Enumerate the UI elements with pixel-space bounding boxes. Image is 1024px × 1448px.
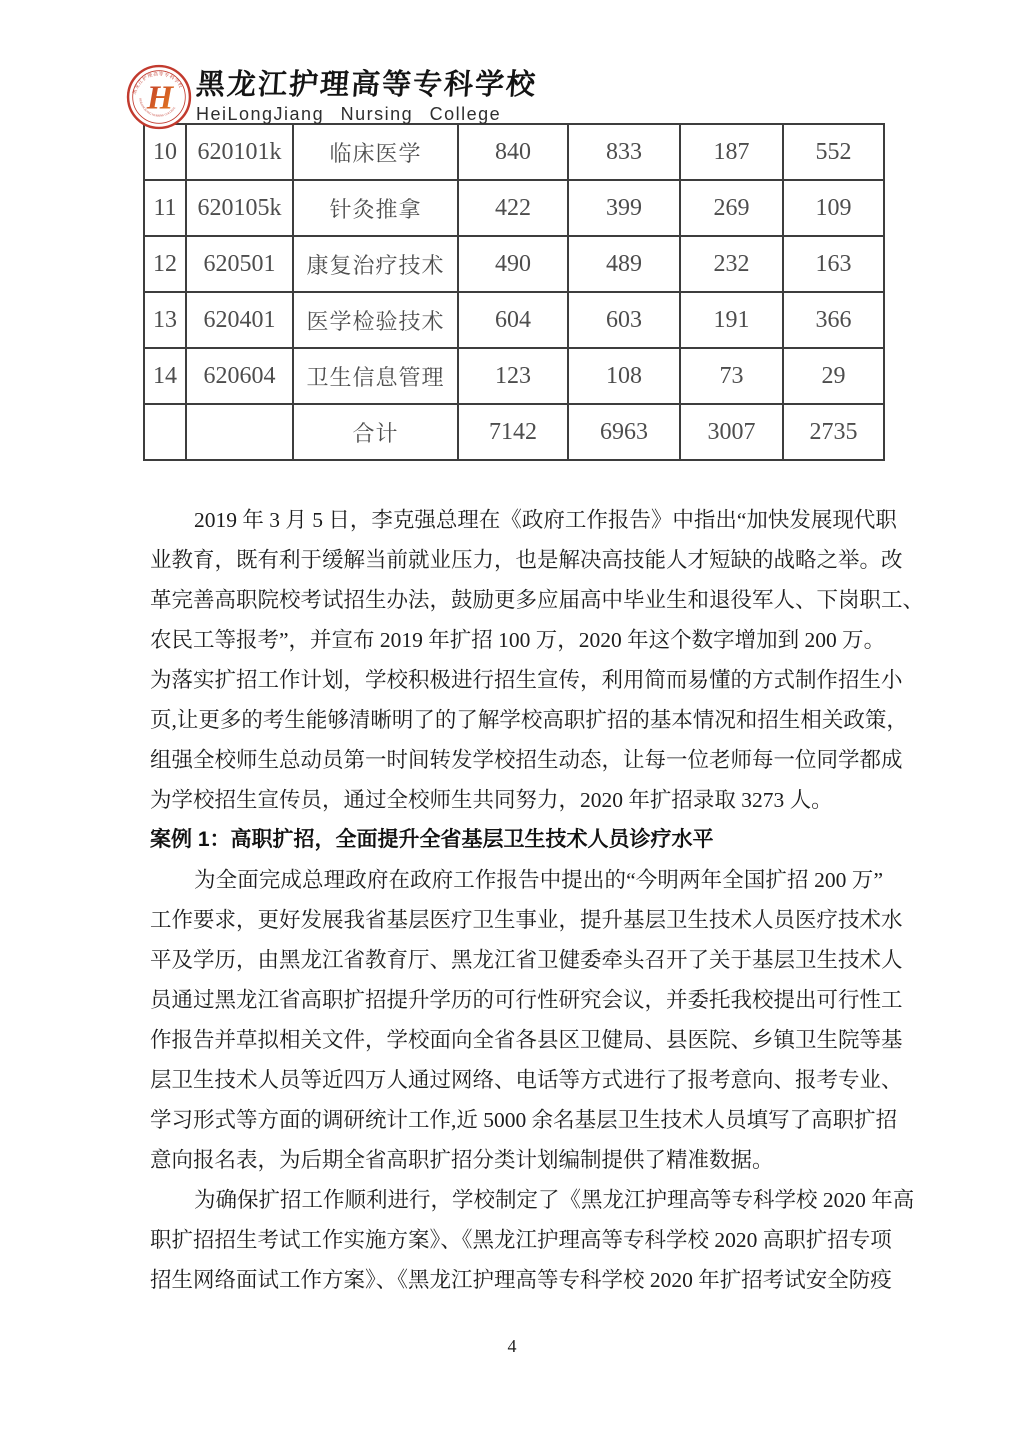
table-cell: 卫生信息管理 — [293, 348, 458, 404]
table-cell: 620105k — [186, 180, 293, 236]
table-cell: 6963 — [568, 404, 680, 460]
table-cell: 合计 — [293, 404, 458, 460]
table-cell: 422 — [458, 180, 568, 236]
body-text-line: 意向报名表，为后期全省高职扩招分类计划编制提供了精准数据。 — [150, 1140, 883, 1180]
table-cell: 13 — [144, 292, 186, 348]
table-row: 合计7142696330072735 — [144, 404, 884, 460]
table-cell: 489 — [568, 236, 680, 292]
table-cell: 269 — [680, 180, 783, 236]
table-cell: 840 — [458, 124, 568, 180]
table-cell: 109 — [783, 180, 884, 236]
table-row: 12620501康复治疗技术490489232163 — [144, 236, 884, 292]
table-cell: 399 — [568, 180, 680, 236]
enrollment-table: 10620101k临床医学84083318755211620105k针灸推拿42… — [143, 123, 885, 461]
table-cell: 490 — [458, 236, 568, 292]
table-cell: 7142 — [458, 404, 568, 460]
body-text-line: 为学校招生宣传员，通过全校师生共同努力，2020 年扩招录取 3273 人。 — [150, 780, 883, 820]
page-number: 4 — [0, 1336, 1024, 1357]
body-text-line: 2019 年 3 月 5 日，李克强总理在《政府工作报告》中指出“加快发展现代职 — [150, 500, 883, 540]
table-cell: 14 — [144, 348, 186, 404]
body-text-line: 为落实扩招工作计划，学校积极进行招生宣传，利用简而易懂的方式制作招生小 — [150, 660, 883, 700]
table-cell: 针灸推拿 — [293, 180, 458, 236]
body-text: 2019 年 3 月 5 日，李克强总理在《政府工作报告》中指出“加快发展现代职… — [150, 500, 883, 1300]
body-text-line: 作报告并草拟相关文件，学校面向全省各县区卫健局、县医院、乡镇卫生院等基 — [150, 1020, 883, 1060]
table-cell: 123 — [458, 348, 568, 404]
table-cell — [144, 404, 186, 460]
table-cell — [186, 404, 293, 460]
school-seal-logo: 黑龙江护理高等专科学校 HEILONGJIANG NURSING COLLEGE… — [126, 64, 192, 130]
table-cell: 603 — [568, 292, 680, 348]
table-cell: 620101k — [186, 124, 293, 180]
table-cell: 11 — [144, 180, 186, 236]
table-cell: 12 — [144, 236, 186, 292]
body-text-line: 员通过黑龙江省高职扩招提升学历的可行性研究会议，并委托我校提出可行性工 — [150, 980, 883, 1020]
table-cell: 366 — [783, 292, 884, 348]
table-row: 14620604卫生信息管理1231087329 — [144, 348, 884, 404]
body-text-line: 革完善高职院校考试招生办法，鼓励更多应届高中毕业生和退役军人、下岗职工、 — [150, 580, 883, 620]
body-text-line: 层卫生技术人员等近四万人通过网络、电话等方式进行了报考意向、报考专业、 — [150, 1060, 883, 1100]
body-text-line: 学习形式等方面的调研统计工作,近 5000 余名基层卫生技术人员填写了高职扩招 — [150, 1100, 883, 1140]
table-cell: 108 — [568, 348, 680, 404]
table-cell: 73 — [680, 348, 783, 404]
table-cell: 604 — [458, 292, 568, 348]
table-cell: 552 — [783, 124, 884, 180]
table-cell: 232 — [680, 236, 783, 292]
body-text-line: 农民工等报考”，并宣布 2019 年扩招 100 万，2020 年这个数字增加到… — [150, 620, 883, 660]
body-text-line: 工作要求，更好发展我省基层医疗卫生事业，提升基层卫生技术人员医疗技术水 — [150, 900, 883, 940]
body-text-line: 职扩招招生考试工作实施方案》、《黑龙江护理高等专科学校 2020 高职扩招专项 — [150, 1220, 883, 1260]
table-cell: 3007 — [680, 404, 783, 460]
school-name-en: HeiLongJiang Nursing College — [196, 103, 537, 125]
table-cell: 620604 — [186, 348, 293, 404]
table-cell: 29 — [783, 348, 884, 404]
table-cell: 康复治疗技术 — [293, 236, 458, 292]
table-row: 10620101k临床医学840833187552 — [144, 124, 884, 180]
table-cell: 10 — [144, 124, 186, 180]
table-cell: 医学检验技术 — [293, 292, 458, 348]
body-text-line: 招生网络面试工作方案》、《黑龙江护理高等专科学校 2020 年扩招考试安全防疫 — [150, 1260, 883, 1300]
body-text-line: 页,让更多的考生能够清晰明了的了解学校高职扩招的基本情况和招生相关政策， — [150, 700, 883, 740]
body-text-line: 组强全校师生总动员第一时间转发学校招生动态，让每一位老师每一位同学都成 — [150, 740, 883, 780]
body-text-line: 为全面完成总理政府在政府工作报告中提出的“今明两年全国扩招 200 万” — [150, 860, 883, 900]
body-text-line: 为确保扩招工作顺利进行，学校制定了《黑龙江护理高等专科学校 2020 年高 — [150, 1180, 883, 1220]
document-page: 黑龙江护理高等专科学校 HEILONGJIANG NURSING COLLEGE… — [0, 0, 1024, 1448]
school-name-cn: 黑龙江护理高等专科学校 — [195, 68, 538, 102]
table-cell: 2735 — [783, 404, 884, 460]
seal-monogram: H — [146, 79, 175, 116]
table-cell: 620501 — [186, 236, 293, 292]
table-cell: 163 — [783, 236, 884, 292]
table-cell: 620401 — [186, 292, 293, 348]
table-row: 11620105k针灸推拿422399269109 — [144, 180, 884, 236]
table-row: 13620401医学检验技术604603191366 — [144, 292, 884, 348]
table-cell: 187 — [680, 124, 783, 180]
body-text-line: 平及学历，由黑龙江省教育厅、黑龙江省卫健委牵头召开了关于基层卫生技术人 — [150, 940, 883, 980]
table-cell: 临床医学 — [293, 124, 458, 180]
table-cell: 833 — [568, 124, 680, 180]
table-cell: 191 — [680, 292, 783, 348]
page-header: 黑龙江护理高等专科学校 HeiLongJiang Nursing College — [196, 68, 537, 125]
section-heading: 案例 1：高职扩招，全面提升全省基层卫生技术人员诊疗水平 — [150, 820, 883, 860]
body-text-line: 业教育，既有利于缓解当前就业压力，也是解决高技能人才短缺的战略之举。改 — [150, 540, 883, 580]
